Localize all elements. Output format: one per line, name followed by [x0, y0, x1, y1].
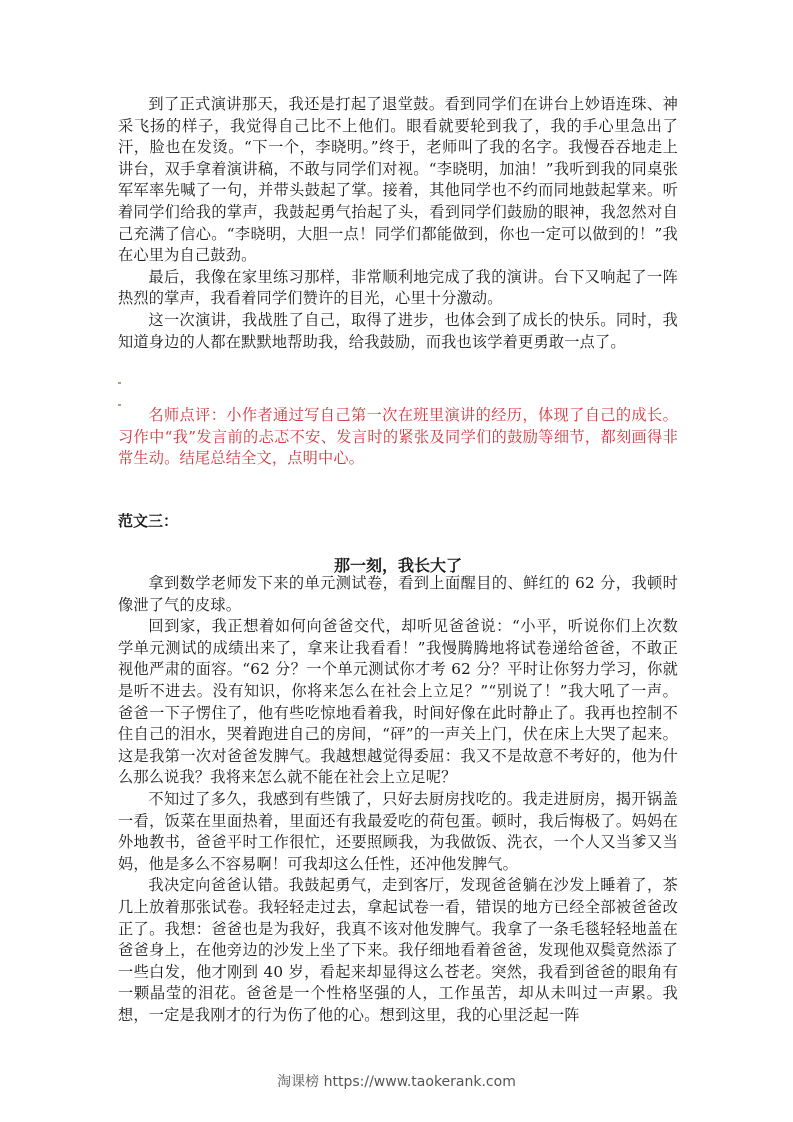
paragraph: 到了正式演讲那天，我还是打起了退堂鼓。看到同学们在讲台上妙语连珠、神采飞扬的样子…	[118, 94, 678, 267]
paragraph: 回到家，我正想着如何向爸爸交代，却听见爸爸说：“小平，听说你们上次数学单元测试的…	[118, 616, 678, 789]
essay-two-ending: 到了正式演讲那天，我还是打起了退堂鼓。看到同学们在讲台上妙语连珠、神采飞扬的样子…	[118, 94, 678, 353]
paragraph-mark-icon	[118, 382, 121, 384]
paragraph: 不知过了多久，我感到有些饿了，只好去厨房找吃的。我走进厨房，揭开锅盖一看，饭菜在…	[118, 789, 678, 875]
section-label: 范文三：	[118, 510, 178, 531]
paragraph: 最后，我像在家里练习那样，非常顺利地完成了我的演讲。台下又响起了一阵热烈的掌声，…	[118, 267, 678, 310]
teacher-comment: 名师点评：小作者通过写自己第一次在班里演讲的经历，体现了自己的成长。习作中“我”…	[118, 405, 678, 470]
paragraph: 我决定向爸爸认错。我鼓起勇气，走到客厅，发现爸爸躺在沙发上睡着了，茶几上放着那张…	[118, 875, 678, 1026]
essay-three-body: 拿到数学老师发下来的单元测试卷，看到上面醒目的、鲜红的 62 分，我顿时像泄了气…	[118, 573, 678, 1026]
footer-watermark: 淘课榜 https://www.taokerank.com	[0, 1071, 793, 1091]
teacher-comment-text: 名师点评：小作者通过写自己第一次在班里演讲的经历，体现了自己的成长。习作中“我”…	[118, 405, 678, 470]
paragraph: 拿到数学老师发下来的单元测试卷，看到上面醒目的、鲜红的 62 分，我顿时像泄了气…	[118, 573, 678, 616]
paragraph: 这一次演讲，我战胜了自己，取得了进步，也体会到了成长的快乐。同时，我知道身边的人…	[118, 310, 678, 353]
